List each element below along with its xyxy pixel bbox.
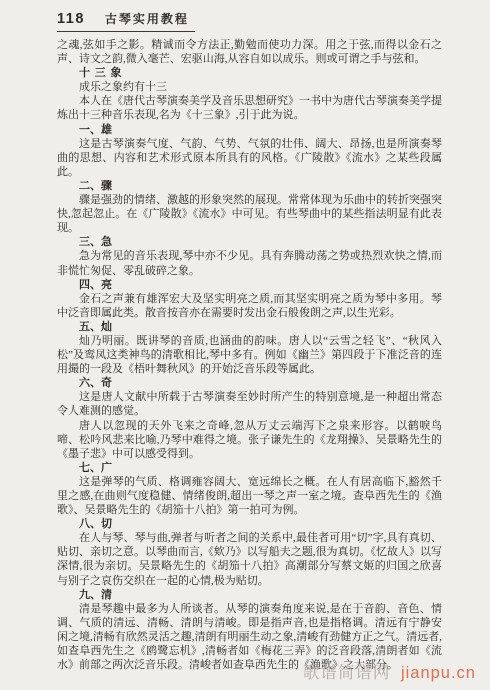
watermark-site-url: jianpu.cn bbox=[401, 664, 476, 682]
section-paragraph: 骤是强劲的情绪、激越的形象突然的展现。常常体现为乐曲中的转折突强突快,忽起忽止。… bbox=[57, 193, 442, 235]
page-number: 118 bbox=[57, 11, 85, 27]
lead-line: 成乐之象约有十三 bbox=[57, 80, 442, 94]
section-paragraph: 急为常见的音乐表现,琴中亦不少见。具有奔腾动荡之势或热烈欢快之情,而非慌忙匆促、… bbox=[57, 249, 442, 277]
section-paragraph: 这是唐人文献中所载于古琴演奏至妙时所产生的特别意境,是一种超出常态令人难测的感觉… bbox=[57, 390, 442, 418]
section-paragraph: 在人与琴、琴与曲,弹者与听者之间的关系中,最佳者可用“切”字,具有真切、贴切、亲… bbox=[57, 531, 442, 587]
section-paragraph: 金石之声兼有雄浑宏大及坚实明亮之质,而其坚实明亮之质为琴中多用。琴中泛音即属此类… bbox=[57, 292, 442, 320]
watermark-site-name: 歌谱简谱网 bbox=[303, 664, 391, 682]
section-paragraph: 唐人以忽现的天外飞来之奇峰,忽从万丈云端泻下之泉来形容。以鹤唳鸟啼、松吟风悲来比… bbox=[57, 419, 442, 461]
paragraph-continuation: 之魂,弦如手之影。精诚而令方法正,勤勉而使功力深。用之于弦,而得以金石之声、诗文… bbox=[57, 38, 442, 66]
section-heading-zhou: 二、骤 bbox=[57, 179, 442, 193]
section-heading-ji: 三、急 bbox=[57, 235, 442, 249]
section-heading-qing: 九、清 bbox=[57, 588, 442, 602]
section-paragraph: 这是弹琴的气质、格调雍容阔大、宽远绵长之概。在人有居高临下,豁然千里之感,在曲则… bbox=[57, 475, 442, 517]
page-body: 之魂,弦如手之影。精诚而令方法正,勤勉而使功力深。用之于弦,而得以金石之声、诗文… bbox=[57, 38, 442, 672]
section-heading-qi: 六、奇 bbox=[57, 376, 442, 390]
page-header: 118 古琴实用教程 bbox=[57, 10, 195, 32]
section-heading-can: 五、灿 bbox=[57, 320, 442, 334]
chapter-heading: 十 三 象 bbox=[57, 66, 442, 80]
book-page: 118 古琴实用教程 之魂,弦如手之影。精诚而令方法正,勤勉而使功力深。用之于弦… bbox=[0, 0, 490, 690]
watermark: 歌谱简谱网 jianpu.cn bbox=[303, 659, 476, 683]
section-heading-xiong: 一、雄 bbox=[57, 123, 442, 137]
lead-paragraph: 本人在《唐代古琴演奏美学及音乐思想研究》一书中为唐代古琴演奏美学提炼出十三种音乐… bbox=[57, 94, 442, 122]
book-title: 古琴实用教程 bbox=[105, 10, 189, 27]
section-heading-qie: 八、切 bbox=[57, 517, 442, 531]
section-heading-guang: 七、广 bbox=[57, 461, 442, 475]
section-paragraph: 灿乃明丽。既讲琴的音质,也涵曲的韵味。唐人以“云雪之轻飞”、“秋风入松”及鸾凤这… bbox=[57, 334, 442, 376]
section-paragraph: 这是古琴演奏气度、气韵、气势、气氛的壮伟、阔大、昂扬,也是所演奏琴曲的思想、内容… bbox=[57, 137, 442, 179]
section-heading-liang: 四、亮 bbox=[57, 278, 442, 292]
